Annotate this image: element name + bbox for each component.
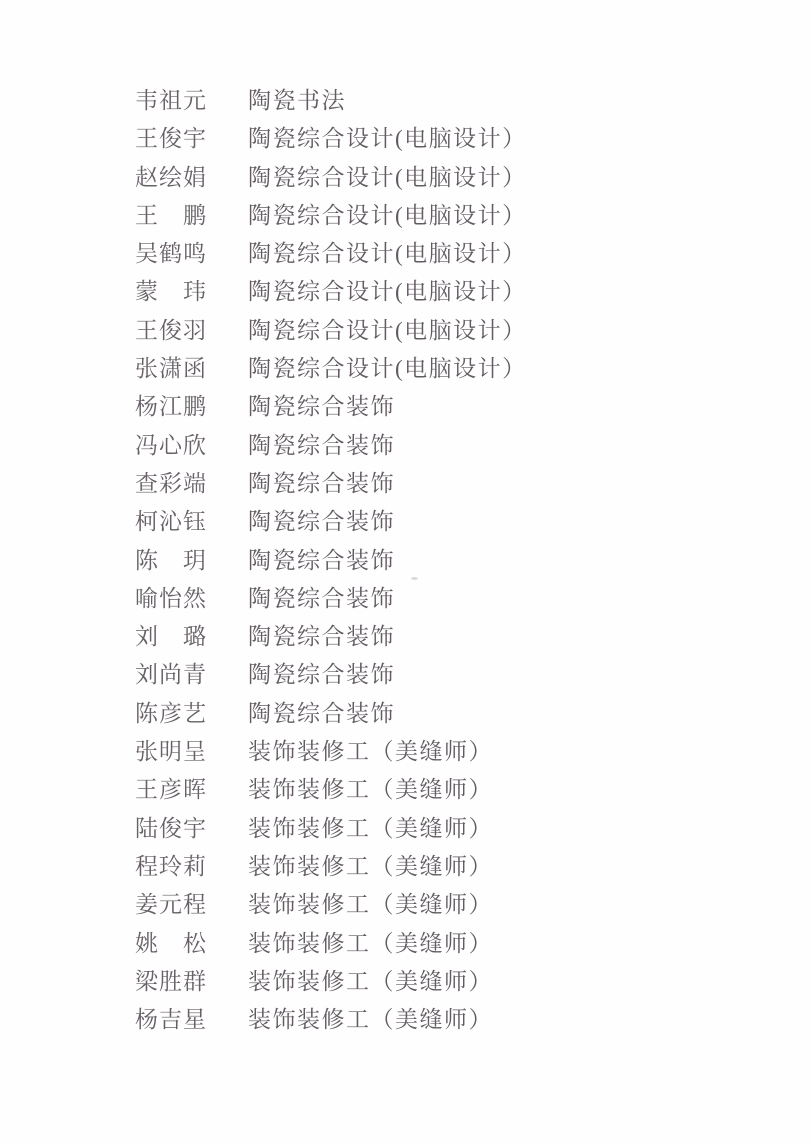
person-name: 查彩端 [135,465,209,503]
person-name: 张潇函 [135,350,209,388]
table-row: 杨吉星 装饰装修工（美缝师） [135,1001,527,1039]
program-name: 陶瓷综合装饰 [248,618,395,656]
program-name: 陶瓷综合设计(电脑设计） [248,273,527,311]
table-row: 梁胜群 装饰装修工（美缝师） [135,963,527,1001]
table-row: 姚 松 装饰装修工（美缝师） [135,925,527,963]
person-name: 程玲莉 [135,848,209,886]
table-row: 王俊宇 陶瓷综合设计(电脑设计） [135,120,527,158]
person-name: 张明呈 [135,733,209,771]
table-row: 刘尚青 陶瓷综合装饰 [135,656,527,694]
table-row: 赵绘娟 陶瓷综合设计(电脑设计） [135,159,527,197]
table-row: 查彩端 陶瓷综合装饰 [135,465,527,503]
person-name: 冯心欣 [135,427,209,465]
program-name: 陶瓷综合设计(电脑设计） [248,120,527,158]
person-name: 蒙 玮 [135,273,209,311]
person-name: 陈 玥 [135,542,209,580]
program-name: 陶瓷综合设计(电脑设计） [248,312,527,350]
table-row: 柯沁钰 陶瓷综合装饰 [135,503,527,541]
program-name: 陶瓷综合装饰 [248,427,395,465]
program-name: 装饰装修工（美缝师） [248,848,493,886]
table-row: 冯心欣 陶瓷综合装饰 [135,427,527,465]
program-name: 陶瓷综合设计(电脑设计） [248,235,527,273]
table-row: 韦祖元 陶瓷书法 [135,82,527,120]
program-name: 装饰装修工（美缝师） [248,771,493,809]
table-row: 陈 玥 陶瓷综合装饰 [135,542,527,580]
person-name: 姚 松 [135,925,209,963]
table-row: 陆俊宇 装饰装修工（美缝师） [135,810,527,848]
person-name: 王俊羽 [135,312,209,350]
program-name: 装饰装修工（美缝师） [248,810,493,848]
program-name: 陶瓷综合装饰 [248,503,395,541]
table-row: 张明呈 装饰装修工（美缝师） [135,733,527,771]
program-name: 陶瓷综合装饰 [248,656,395,694]
program-name: 陶瓷书法 [248,82,346,120]
program-name: 装饰装修工（美缝师） [248,886,493,924]
table-row: 张潇函 陶瓷综合设计(电脑设计） [135,350,527,388]
program-name: 装饰装修工（美缝师） [248,963,493,1001]
person-name: 王 鹏 [135,197,209,235]
scan-artifact [411,577,418,580]
table-row: 王彦晖 装饰装修工（美缝师） [135,771,527,809]
table-row: 王俊羽 陶瓷综合设计(电脑设计） [135,312,527,350]
program-name: 装饰装修工（美缝师） [248,925,493,963]
program-name: 陶瓷综合装饰 [248,580,395,618]
person-name: 喻怡然 [135,580,209,618]
program-name: 陶瓷综合装饰 [248,388,395,426]
person-name: 刘尚青 [135,656,209,694]
person-name: 韦祖元 [135,82,209,120]
person-name: 王彦晖 [135,771,209,809]
table-row: 杨江鹏 陶瓷综合装饰 [135,388,527,426]
table-row: 王 鹏 陶瓷综合设计(电脑设计） [135,197,527,235]
program-name: 陶瓷综合装饰 [248,465,395,503]
table-row: 蒙 玮 陶瓷综合设计(电脑设计） [135,273,527,311]
name-program-list: 韦祖元 陶瓷书法 王俊宇 陶瓷综合设计(电脑设计） 赵绘娟 陶瓷综合设计(电脑设… [135,82,527,1039]
person-name: 王俊宇 [135,120,209,158]
table-row: 喻怡然 陶瓷综合装饰 [135,580,527,618]
table-row: 程玲莉 装饰装修工（美缝师） [135,848,527,886]
person-name: 梁胜群 [135,963,209,1001]
person-name: 柯沁钰 [135,503,209,541]
program-name: 陶瓷综合装饰 [248,542,395,580]
person-name: 姜元程 [135,886,209,924]
program-name: 陶瓷综合设计(电脑设计） [248,159,527,197]
program-name: 装饰装修工（美缝师） [248,1001,493,1039]
person-name: 刘 璐 [135,618,209,656]
table-row: 陈彦艺 陶瓷综合装饰 [135,695,527,733]
person-name: 吴鹤鸣 [135,235,209,273]
person-name: 陈彦艺 [135,695,209,733]
person-name: 陆俊宇 [135,810,209,848]
table-row: 吴鹤鸣 陶瓷综合设计(电脑设计） [135,235,527,273]
program-name: 装饰装修工（美缝师） [248,733,493,771]
program-name: 陶瓷综合设计(电脑设计） [248,197,527,235]
person-name: 杨江鹏 [135,388,209,426]
person-name: 杨吉星 [135,1001,209,1039]
table-row: 刘 璐 陶瓷综合装饰 [135,618,527,656]
program-name: 陶瓷综合设计(电脑设计） [248,350,527,388]
person-name: 赵绘娟 [135,159,209,197]
document-page: 韦祖元 陶瓷书法 王俊宇 陶瓷综合设计(电脑设计） 赵绘娟 陶瓷综合设计(电脑设… [0,0,810,1145]
program-name: 陶瓷综合装饰 [248,695,395,733]
table-row: 姜元程 装饰装修工（美缝师） [135,886,527,924]
